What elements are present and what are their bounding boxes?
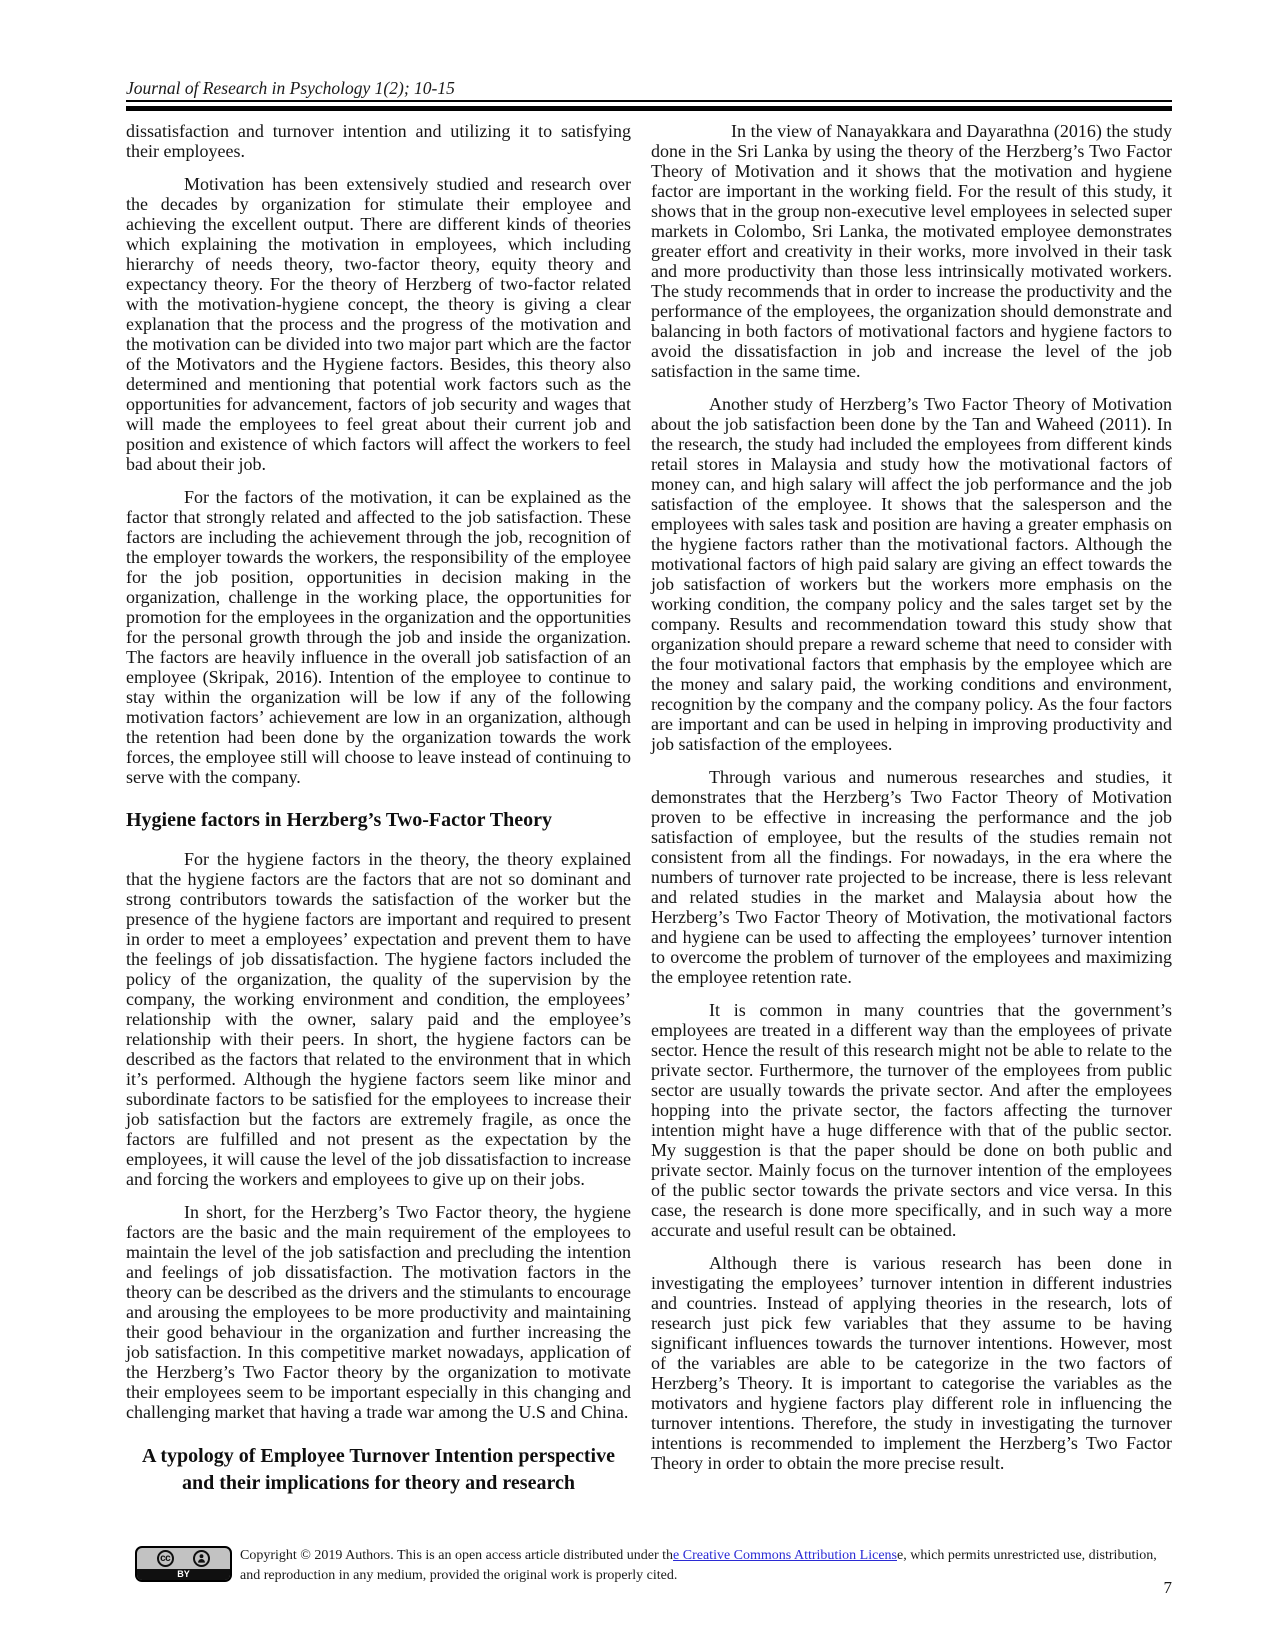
cc-by-license-badge[interactable]: cc BY (135, 1546, 232, 1582)
header-rule-thin (126, 100, 1172, 102)
left-column: dissatisfaction and turnover intention a… (126, 121, 631, 1497)
paragraph: Although there is various research has b… (651, 1253, 1172, 1473)
person-icon (193, 1550, 210, 1567)
page-number: 7 (1164, 1578, 1173, 1598)
right-column: In the view of Nanayakkara and Dayarathn… (651, 121, 1172, 1497)
paper-page: Journal of Research in Psychology 1(2); … (0, 0, 1275, 1651)
section-heading-typology: A typology of Employee Turnover Intentio… (126, 1443, 631, 1497)
paragraph: Motivation has been extensively studied … (126, 174, 631, 474)
paragraph: Through various and numerous researches … (651, 767, 1172, 987)
cc-by-label: BY (137, 1569, 230, 1580)
section-heading-hygiene-factors: Hygiene factors in Herzberg’s Two-Factor… (126, 808, 631, 832)
paragraph: In short, for the Herzberg’s Two Factor … (126, 1202, 631, 1422)
copyright-notice: Copyright © 2019 Authors. This is an ope… (240, 1546, 1172, 1585)
header-rule-thick (126, 106, 1172, 111)
creative-commons-license-link[interactable]: e Creative Commons Attribution Licens (673, 1548, 897, 1563)
running-head: Journal of Research in Psychology 1(2); … (126, 78, 1172, 98)
copyright-text-before-link: Copyright © 2019 Authors. This is an ope… (240, 1548, 673, 1563)
cc-badge-top: cc (137, 1548, 230, 1569)
paragraph: dissatisfaction and turnover intention a… (126, 121, 631, 161)
paragraph: For the factors of the motivation, it ca… (126, 487, 631, 787)
paragraph: For the hygiene factors in the theory, t… (126, 849, 631, 1189)
paragraph: Another study of Herzberg’s Two Factor T… (651, 394, 1172, 754)
paragraph: It is common in many countries that the … (651, 1000, 1172, 1240)
cc-icon: cc (157, 1550, 174, 1567)
paragraph: In the view of Nanayakkara and Dayarathn… (651, 121, 1172, 381)
two-column-body: dissatisfaction and turnover intention a… (126, 121, 1172, 1497)
